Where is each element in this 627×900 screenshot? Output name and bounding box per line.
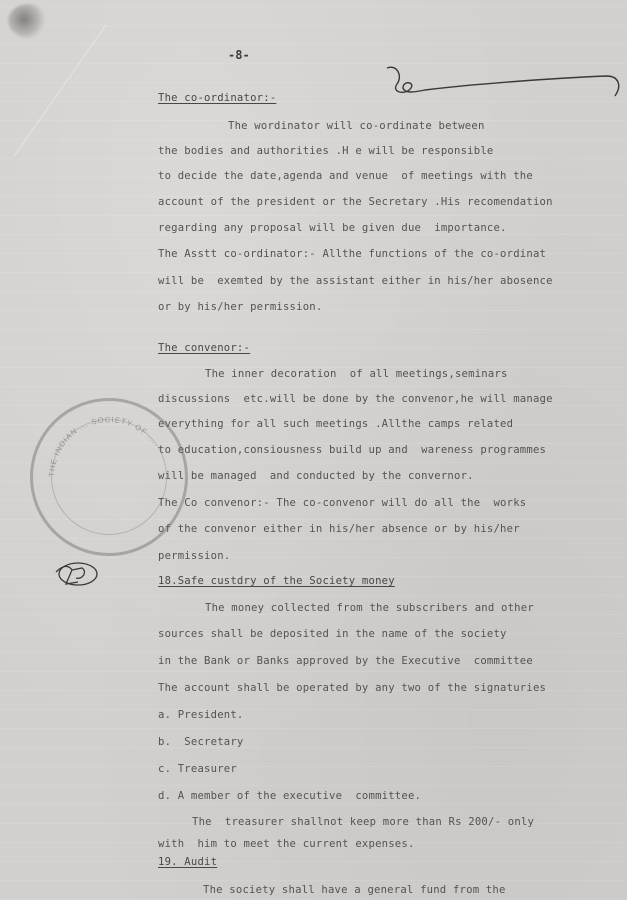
text-line: will be exemted by the assistant either … <box>158 275 553 287</box>
text-line: of the convenor either in his/her absenc… <box>158 523 520 535</box>
list-item-treasurer: c. Treasurer <box>158 763 237 775</box>
page-number: -8- <box>228 48 250 62</box>
handwritten-initials-mark <box>52 560 100 590</box>
text-line: The account shall be operated by any two… <box>158 682 546 694</box>
list-item-president: a. President. <box>158 709 244 721</box>
list-item-secretary: b. Secretary <box>158 736 244 748</box>
text-line: regarding any proposal will be given due… <box>158 222 507 234</box>
section-heading-safe-custody: 18.Safe custdry of the Society money <box>158 575 395 587</box>
list-item-executive-member: d. A member of the executive committee. <box>158 790 421 802</box>
text-line: The money collected from the subscribers… <box>205 602 534 614</box>
text-line: The Co convenor:- The co-convenor will d… <box>158 497 526 509</box>
scanned-document-page: -8- The co-ordinator:- The wordinator wi… <box>0 0 627 900</box>
seal-inscription: THE INDIAN ... SOCIETY OF ... <box>33 401 185 553</box>
text-line: The wordinator will co-ordinate between <box>228 120 485 132</box>
text-line: The Asstt co-ordinator:- Allthe function… <box>158 248 546 260</box>
text-line: discussions etc.will be done by the conv… <box>158 393 553 405</box>
section-heading-audit: 19. Audit <box>158 856 217 868</box>
text-line: with him to meet the current expenses. <box>158 838 415 850</box>
ink-smudge <box>8 4 48 38</box>
text-line: to education,consiousness build up and w… <box>158 444 546 456</box>
text-line: the bodies and authorities .H e will be … <box>158 145 493 157</box>
text-line: The society shall have a general fund fr… <box>203 884 506 896</box>
section-heading-convenor: The convenor:- <box>158 342 250 354</box>
society-seal-stamp: THE INDIAN ... SOCIETY OF ... <box>30 398 188 556</box>
text-line: The inner decoration of all meetings,sem… <box>205 368 508 380</box>
paper-crease <box>14 25 107 157</box>
text-line: sources shall be deposited in the name o… <box>158 628 507 640</box>
text-line: to decide the date,agenda and venue of m… <box>158 170 533 182</box>
svg-text:THE INDIAN ... SOCIETY OF ...: THE INDIAN ... SOCIETY OF ... <box>47 415 159 477</box>
text-line: account of the president or the Secretar… <box>158 196 553 208</box>
text-line: will be managed and conducted by the con… <box>158 470 474 482</box>
text-line: or by his/her permission. <box>158 301 322 313</box>
text-line: The treasurer shallnot keep more than Rs… <box>192 816 534 828</box>
text-line: in the Bank or Banks approved by the Exe… <box>158 655 533 667</box>
section-heading-coordinator: The co-ordinator:- <box>158 92 276 104</box>
text-line: everything for all such meetings .Allthe… <box>158 418 513 430</box>
